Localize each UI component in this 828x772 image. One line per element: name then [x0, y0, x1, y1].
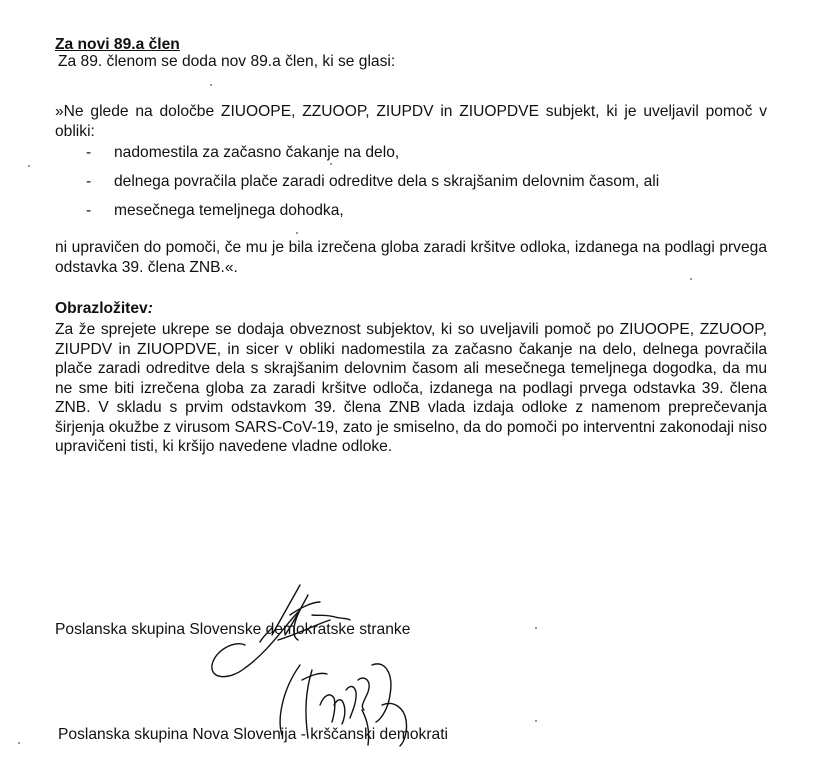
article-heading: Za novi 89.a člen	[55, 36, 180, 54]
list-item-text: delnega povračila plače zaradi odreditve…	[114, 172, 659, 191]
scan-speck	[690, 278, 692, 280]
scan-speck	[535, 720, 537, 722]
document-page: Za novi 89.a člen Za 89. členom se doda …	[0, 0, 828, 772]
list-item-text: nadomestila za začasno čakanje na delo,	[114, 143, 399, 162]
bullet-dash-icon: -	[86, 172, 91, 191]
amendment-opening: »Ne glede na določbe ZIUOOPE, ZZUOOP, ZI…	[55, 102, 767, 141]
reasoning-text: Za že sprejete ukrepe se dodaja obveznos…	[55, 320, 767, 457]
intro-sentence: Za 89. členom se doda nov 89.a člen, ki …	[58, 53, 395, 71]
scan-speck	[535, 627, 537, 629]
scan-speck	[296, 232, 298, 234]
bullet-dash-icon: -	[86, 143, 91, 162]
amendment-closing: ni upravičen do pomoči, če mu je bila iz…	[55, 238, 767, 277]
scan-speck	[28, 165, 30, 167]
signatory-sds: Poslanska skupina Slovenske demokratske …	[55, 621, 410, 639]
reasoning-title: Obrazložitev:	[55, 300, 153, 318]
signature-nsi-icon	[272, 650, 432, 765]
bullet-dash-icon: -	[86, 201, 91, 220]
scan-speck	[18, 742, 20, 744]
scan-speck	[210, 84, 212, 86]
reasoning-title-text: Obrazložitev	[55, 300, 148, 317]
list-item-text: mesečnega temeljnega dohodka,	[114, 201, 344, 220]
reasoning-title-colon: :	[148, 300, 153, 317]
scan-speck	[330, 163, 332, 165]
signatory-nsi: Poslanska skupina Nova Slovenija - kršča…	[58, 726, 448, 744]
